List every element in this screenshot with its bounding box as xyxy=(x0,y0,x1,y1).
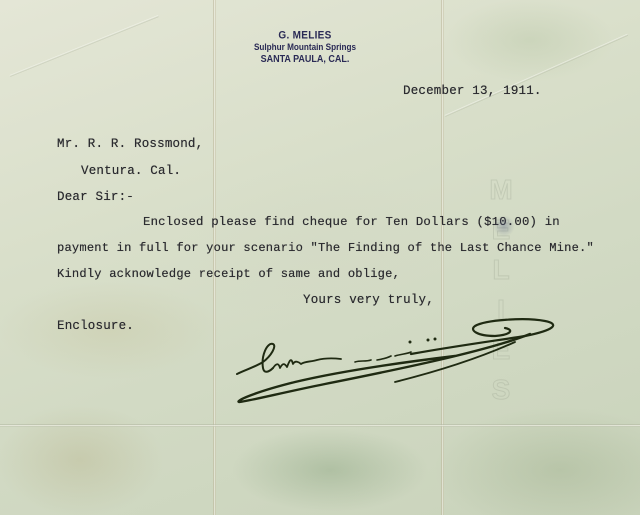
enclosure-note: Enclosure. xyxy=(57,319,134,333)
watermark-letter: L xyxy=(486,250,516,290)
vertical-fold-right xyxy=(441,0,444,515)
vertical-fold-left xyxy=(213,0,216,515)
paper-crease xyxy=(445,34,629,117)
letterhead-name: G. MELIES xyxy=(240,29,370,41)
horizontal-fold xyxy=(0,424,640,427)
letter-document: M E L I E S G. MELIES Sulphur Mountain S… xyxy=(0,0,640,515)
salutation: Dear Sir:- xyxy=(57,190,134,204)
paper-crease xyxy=(10,15,159,77)
body-line-3: Kindly acknowledge receipt of same and o… xyxy=(57,267,400,281)
ink-stain xyxy=(493,215,515,237)
letter-date: December 13, 1911. xyxy=(403,84,542,98)
watermark-letter: M xyxy=(486,170,516,210)
closing: Yours very truly, xyxy=(303,293,434,307)
body-line-2: payment in full for your scenario "The F… xyxy=(57,241,594,255)
letterhead: G. MELIES Sulphur Mountain Springs SANTA… xyxy=(240,30,370,65)
recipient-location: Ventura. Cal. xyxy=(81,164,181,178)
letterhead-place: Sulphur Mountain Springs xyxy=(249,42,361,53)
recipient-name: Mr. R. R. Rossmond, xyxy=(57,137,203,151)
letterhead-city: SANTA PAULA, CAL. xyxy=(247,54,364,65)
signature xyxy=(225,312,570,412)
